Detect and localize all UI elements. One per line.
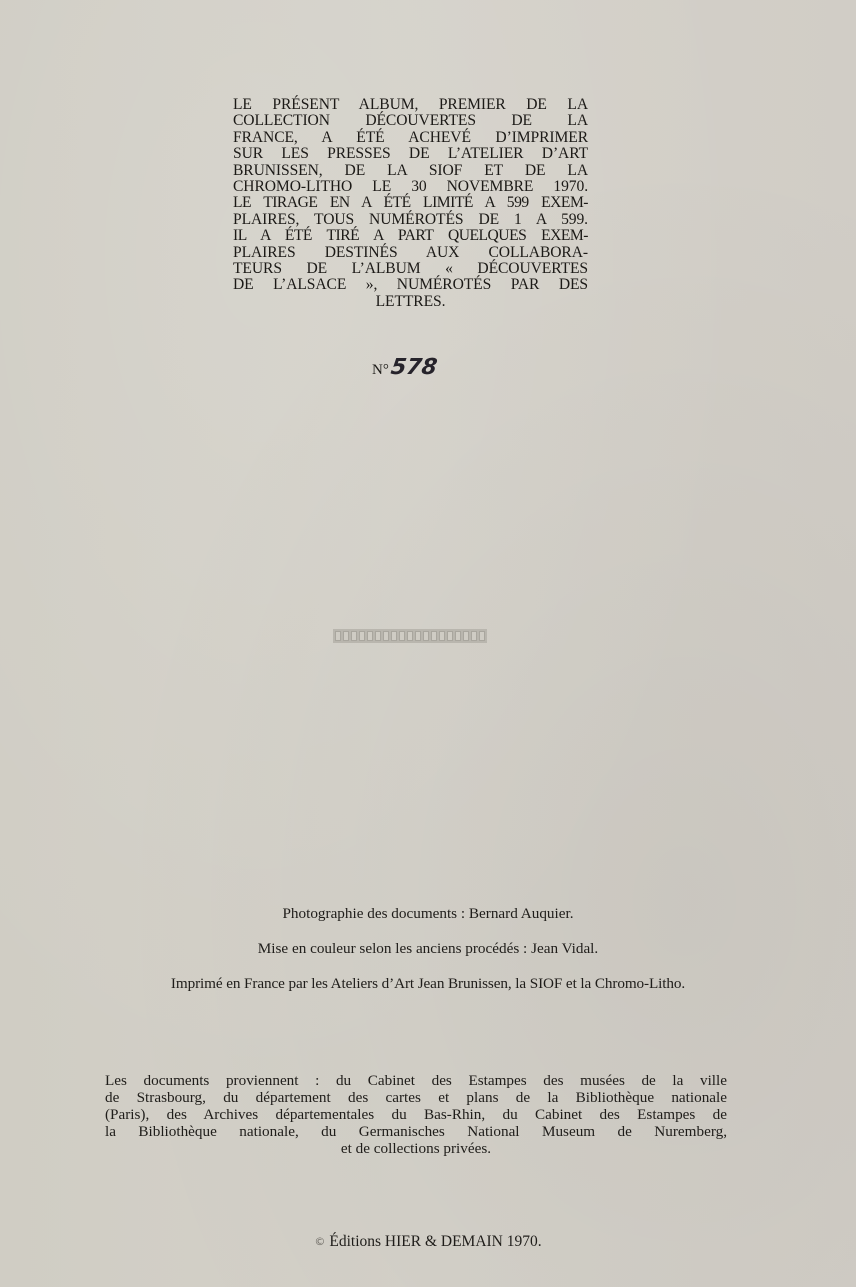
photography-credit: Photographie des documents : Bernard Auq… (0, 905, 856, 923)
colophon-block: LE PRÉSENT ALBUM, PREMIER DE LA COLLECTI… (233, 97, 588, 310)
colophon-line: TEURS DE L’ALBUM « DÉCOUVERTES (233, 261, 588, 277)
placeholder-glyph (431, 631, 437, 641)
placeholder-glyph (479, 631, 485, 641)
colophon-line: DE L’ALSACE », NUMÉROTÉS PAR DES (233, 277, 588, 293)
colophon-line: IL A ÉTÉ TIRÉ A PART QUELQUES EXEM- (233, 228, 588, 244)
sources-line: de Strasbourg, du département des cartes… (105, 1089, 727, 1106)
placeholder-glyph (383, 631, 389, 641)
sources-line: la Bibliothèque nationale, du Germanisch… (105, 1123, 727, 1140)
sources-paragraph: Les documents proviennent : du Cabinet d… (105, 1072, 727, 1157)
colophon-line: LE PRÉSENT ALBUM, PREMIER DE LA (233, 97, 588, 113)
colophon-line: PLAIRES, TOUS NUMÉROTÉS DE 1 A 599. (233, 212, 588, 228)
copyright-icon: © (314, 1235, 325, 1248)
copy-number: N° 578 (372, 355, 437, 385)
copy-number-label: N° (372, 362, 389, 379)
placeholder-glyph-row (333, 629, 487, 643)
colophon-line: SUR LES PRESSES DE L’ATELIER D’ART (233, 146, 588, 162)
placeholder-glyph (343, 631, 349, 641)
placeholder-glyph (423, 631, 429, 641)
placeholder-glyph (359, 631, 365, 641)
placeholder-glyph (351, 631, 357, 641)
sources-line: et de collections privées. (105, 1140, 727, 1157)
colophon-line: CHROMO-LITHO LE 30 NOVEMBRE 1970. (233, 179, 588, 195)
placeholder-glyph (471, 631, 477, 641)
colophon-line: BRUNISSEN, DE LA SIOF ET DE LA (233, 163, 588, 179)
placeholder-glyph (407, 631, 413, 641)
placeholder-glyph (415, 631, 421, 641)
colophon-line: LE TIRAGE EN A ÉTÉ LIMITÉ A 599 EXEM- (233, 195, 588, 211)
coloring-credit: Mise en couleur selon les anciens procéd… (0, 940, 856, 958)
copy-number-handwritten: 578 (389, 355, 438, 380)
colophon-line: PLAIRES DESTINÉS AUX COLLABORA- (233, 245, 588, 261)
colophon-line: LETTRES. (233, 294, 588, 310)
copyright-text: Éditions HIER & DEMAIN 1970. (329, 1233, 541, 1250)
placeholder-glyph (335, 631, 341, 641)
placeholder-glyph (399, 631, 405, 641)
placeholder-glyph (391, 631, 397, 641)
sources-line: (Paris), des Archives départementales du… (105, 1106, 727, 1123)
sources-line: Les documents proviennent : du Cabinet d… (105, 1072, 727, 1089)
copyright-notice: ©Éditions HIER & DEMAIN 1970. (0, 1233, 856, 1251)
placeholder-glyph (447, 631, 453, 641)
placeholder-glyph (367, 631, 373, 641)
colophon-line: FRANCE, A ÉTÉ ACHEVÉ D’IMPRIMER (233, 130, 588, 146)
placeholder-glyph (463, 631, 469, 641)
placeholder-glyph (375, 631, 381, 641)
colophon-line: COLLECTION DÉCOUVERTES DE LA (233, 113, 588, 129)
placeholder-glyph (439, 631, 445, 641)
printing-credit: Imprimé en France par les Ateliers d’Art… (0, 975, 856, 993)
placeholder-glyph (455, 631, 461, 641)
